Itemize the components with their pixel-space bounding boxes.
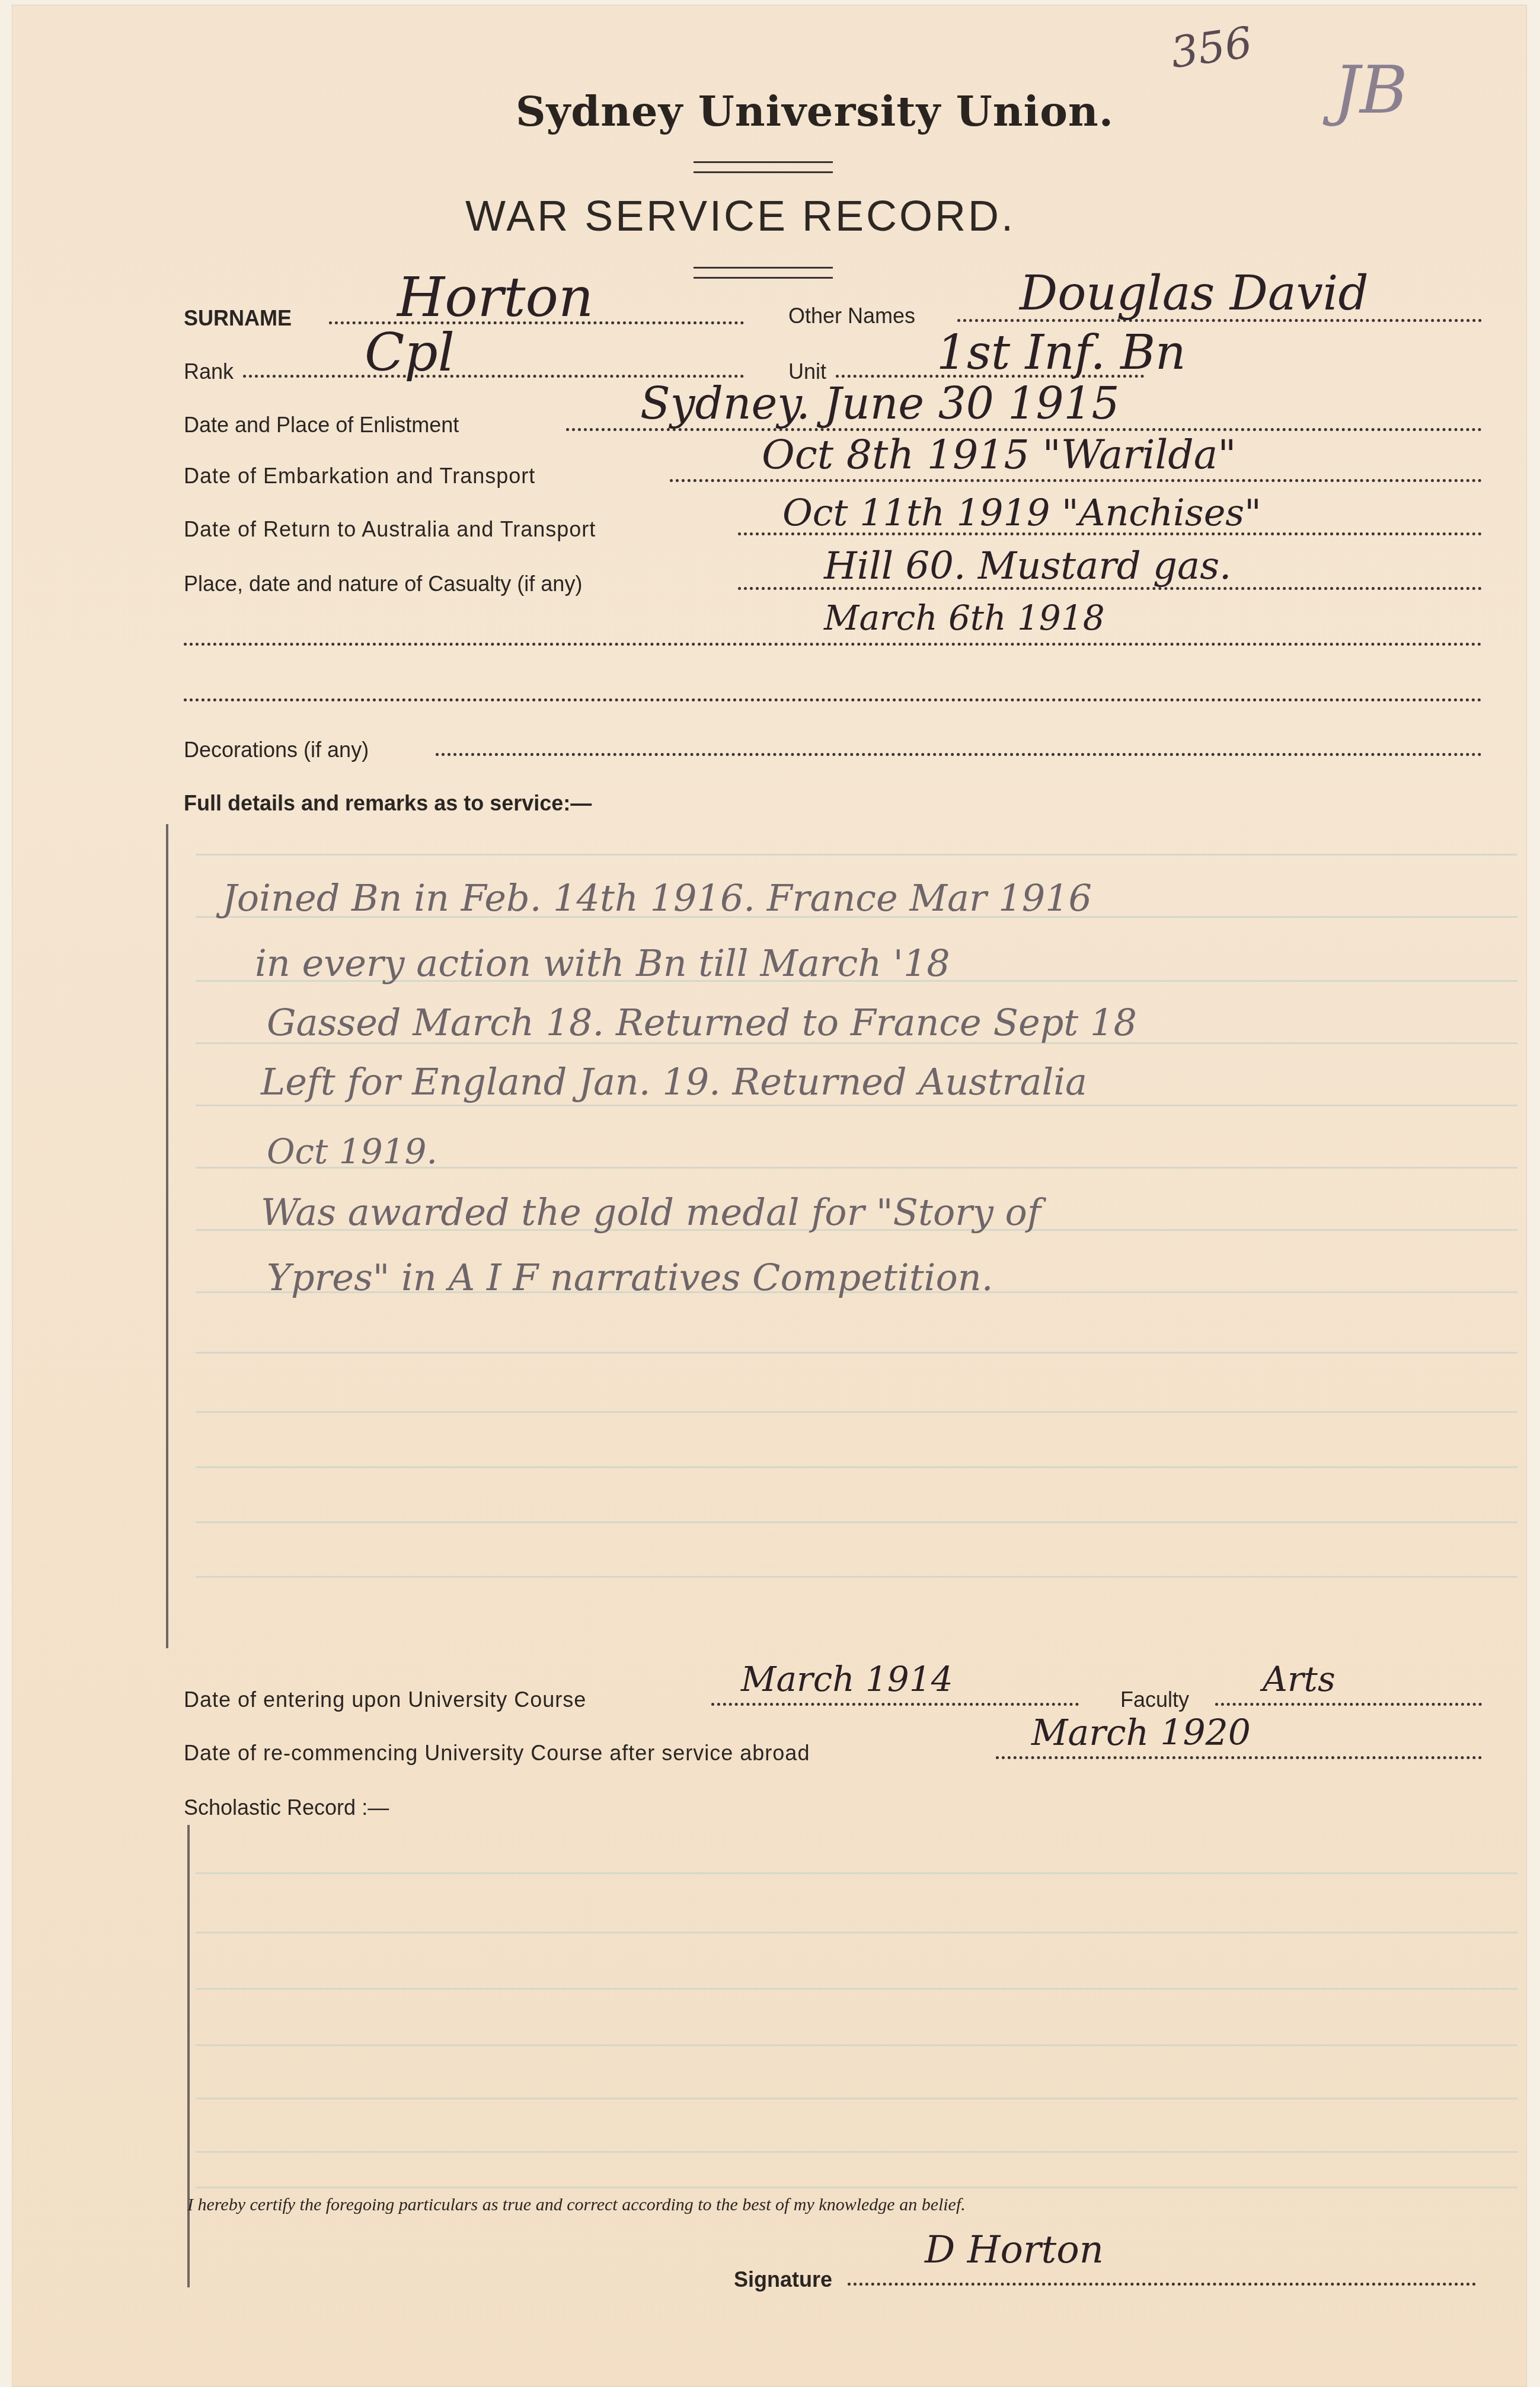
remarks-line-2[interactable]: in every action with Bn till March '18 [255, 942, 950, 985]
casualty-value-1[interactable]: Hill 60. Mustard gas. [824, 544, 1231, 588]
rank-line [243, 375, 744, 378]
ruled-line [196, 1105, 1517, 1106]
form-title: WAR SERVICE RECORD. [465, 192, 1015, 241]
other-names-value[interactable]: Douglas David [1020, 266, 1369, 321]
entering-course-value[interactable]: March 1914 [741, 1659, 953, 1699]
rank-label: Rank [184, 359, 234, 384]
ruled-line [196, 1466, 1517, 1468]
recommencing-course-label: Date of re-commencing University Course … [184, 1741, 810, 1766]
entering-course-line [711, 1703, 1079, 1706]
surname-value[interactable]: Horton [397, 266, 593, 329]
return-value[interactable]: Oct 11th 1919 "Anchises" [782, 491, 1261, 534]
ruled-line [196, 2151, 1517, 2153]
faculty-label: Faculty [1120, 1687, 1189, 1712]
surname-label: SURNAME [184, 306, 292, 331]
remarks-line-4[interactable]: Left for England Jan. 19. Returned Austr… [261, 1060, 1087, 1103]
entering-course-label: Date of entering upon University Course [184, 1687, 586, 1712]
other-names-label: Other Names [788, 304, 915, 328]
casualty-line-2 [184, 643, 1482, 646]
certification-statement: I hereby certify the foregoing particula… [187, 2195, 966, 2215]
ruled-line [196, 2187, 1517, 2188]
scholastic-record-label: Scholastic Record :— [184, 1795, 389, 1820]
ruled-line [196, 854, 1517, 856]
decorations-label: Decorations (if any) [184, 738, 369, 762]
ruled-line [196, 2098, 1517, 2099]
casualty-label: Place, date and nature of Casualty (if a… [184, 572, 582, 596]
faculty-value[interactable]: Arts [1263, 1659, 1335, 1699]
ruled-line [196, 1352, 1517, 1354]
embarkation-label: Date of Embarkation and Transport [184, 464, 535, 489]
ruled-line [196, 1932, 1517, 1933]
ruled-line [196, 2044, 1517, 2046]
enlistment-label: Date and Place of Enlistment [184, 413, 459, 438]
signature-label: Signature [734, 2267, 832, 2292]
scholastic-margin-line [187, 1825, 190, 2287]
remarks-label: Full details and remarks as to service:— [184, 791, 592, 816]
initials-mark: JB [1334, 52, 1408, 128]
title-divider [694, 161, 833, 173]
recommencing-course-value[interactable]: March 1920 [1031, 1712, 1251, 1754]
organization-title: Sydney University Union. [516, 87, 1114, 136]
ruled-line [196, 1411, 1517, 1413]
enlistment-value[interactable]: Sydney. June 30 1915 [640, 378, 1120, 429]
embarkation-value[interactable]: Oct 8th 1915 "Warilda" [762, 432, 1237, 478]
casualty-line-3 [184, 698, 1482, 701]
record-sheet: 356 JB Sydney University Union. WAR SERV… [12, 5, 1527, 2387]
rank-value[interactable]: Cpl [365, 322, 455, 383]
return-label: Date of Return to Australia and Transpor… [184, 517, 596, 542]
ruled-line [196, 1576, 1517, 1578]
casualty-value-2[interactable]: March 6th 1918 [824, 598, 1105, 638]
ruled-line [196, 1521, 1517, 1523]
decorations-line [436, 753, 1482, 756]
remarks-line-5[interactable]: Oct 1919. [267, 1131, 437, 1172]
signature-value[interactable]: D Horton [925, 2228, 1104, 2272]
embarkation-line [670, 479, 1482, 482]
ruled-line [196, 1872, 1517, 1874]
remarks-line-1[interactable]: Joined Bn in Feb. 14th 1916. France Mar … [222, 876, 1092, 920]
form-title-divider [694, 267, 833, 279]
remarks-margin-line [166, 824, 168, 1648]
ruled-line [196, 1988, 1517, 1990]
remarks-line-6[interactable]: Was awarded the gold medal for "Story of [261, 1191, 1041, 1234]
remarks-line-7[interactable]: Ypres" in A I F narratives Competition. [267, 1256, 993, 1299]
folio-number: 356 [1168, 17, 1255, 78]
signature-line [848, 2283, 1476, 2286]
recommencing-course-line [996, 1756, 1482, 1759]
remarks-line-3[interactable]: Gassed March 18. Returned to France Sept… [267, 1001, 1137, 1044]
unit-value[interactable]: 1st Inf. Bn [937, 325, 1186, 380]
faculty-line [1215, 1703, 1482, 1706]
